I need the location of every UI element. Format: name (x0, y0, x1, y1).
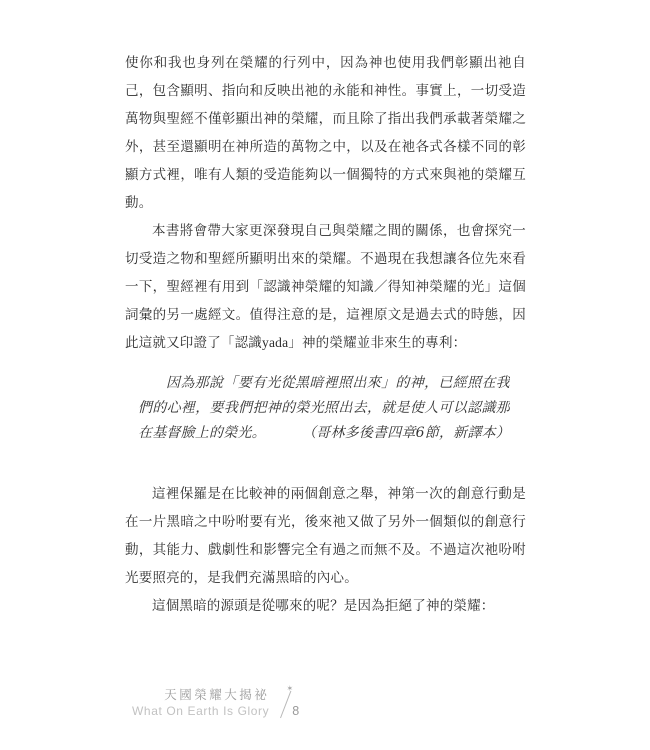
slash-divider (280, 691, 291, 718)
page-content: 使你和我也身列在榮耀的行列中，因為神也使用我們彰顯出祂自己，包含顯明、指向和反映… (125, 49, 526, 620)
footer-divider: ✶ (272, 688, 289, 719)
paragraph: 本書將會帶大家更深發現自己與榮耀之間的關係，也會探究一切受造之物和聖經所顯明出來… (125, 217, 526, 357)
scripture-quote: 因為那說「要有光從黑暗裡照出來」的神，已經照在我們的心裡，要我們把神的榮光照出去… (138, 371, 510, 446)
book-title-en: What On Earth Is Glory (132, 704, 269, 719)
paragraph: 使你和我也身列在榮耀的行列中，因為神也使用我們彰顯出祂自己，包含顯明、指向和反映… (125, 49, 526, 217)
page-number: 8 (292, 704, 299, 719)
paragraph: 這個黑暗的源頭是從哪來的呢？是因為拒絕了神的榮耀： (125, 592, 526, 620)
page-footer: 天國榮耀大揭祕 What On Earth Is Glory ✶ 8 (132, 687, 299, 719)
book-page: 使你和我也身列在榮耀的行列中，因為神也使用我們彰顯出祂自己，包含顯明、指向和反映… (0, 0, 650, 750)
paragraph: 這裡保羅是在比較神的兩個創意之舉，神第一次的創意行動是在一片黑暗之中吩咐要有光，… (125, 480, 526, 592)
quote-citation: （哥林多後書四章6節，新譯本） (302, 421, 510, 446)
footer-titles: 天國榮耀大揭祕 What On Earth Is Glory (132, 687, 269, 719)
book-title-zh: 天國榮耀大揭祕 (132, 687, 269, 704)
